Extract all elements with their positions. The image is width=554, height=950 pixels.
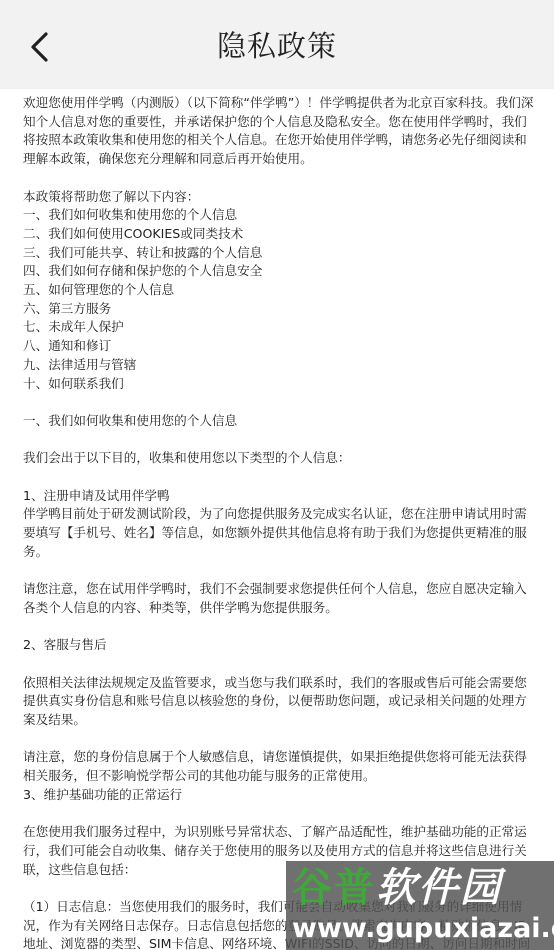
section-lead: 我们会出于以下目的，收集和使用您以下类型的个人信息： <box>23 449 535 468</box>
toc-item: 一、我们如何收集和使用您的个人信息 <box>23 206 535 225</box>
toc-heading: 本政策将帮助您了解以下内容： <box>23 188 535 207</box>
toc-item: 六、第三方服务 <box>23 300 535 319</box>
section-title: 一、我们如何收集和使用您的个人信息 <box>23 412 535 431</box>
item-body: 依照相关法律法规规定及监管要求，或当您与我们联系时，我们的客服或售后可能会需要您… <box>23 674 535 730</box>
watermark-brand-green: 谷普 <box>292 865 376 911</box>
intro-paragraph: 欢迎您使用伴学鸭（内测版）（以下简称“伴学鸭”）！伴学鸭提供者为北京百家科技。我… <box>23 94 535 169</box>
toc-item: 七、未成年人保护 <box>23 318 535 337</box>
item-title: 3、维护基础功能的正常运行 <box>23 786 535 805</box>
item-title: 2、客服与售后 <box>23 636 535 655</box>
watermark-url: www.gupuxiazai.com <box>292 913 554 945</box>
app-header: 隐私政策 <box>0 0 554 89</box>
watermark-brand-white: 软件园 <box>376 865 502 911</box>
item-note: 请您注意，您在试用伴学鸭时，我们不会强制要求您提供任何个人信息，您应自愿决定输入… <box>23 580 535 617</box>
toc-item: 九、法律适用与管辖 <box>23 356 535 375</box>
toc-item: 三、我们可能共享、转让和披露的个人信息 <box>23 244 535 263</box>
page-title: 隐私政策 <box>0 26 554 66</box>
item-body: 伴学鸭目前处于研发测试阶段，为了向您提供服务及完成实名认证，您在注册申请试用时需… <box>23 505 535 561</box>
toc-item: 二、我们如何使用COOKIES或同类技术 <box>23 225 535 244</box>
item-title: 1、注册申请及试用伴学鸭 <box>23 487 535 506</box>
toc-item: 四、我们如何存储和保护您的个人信息安全 <box>23 262 535 281</box>
toc-item: 八、通知和修订 <box>23 337 535 356</box>
toc-item: 五、如何管理您的个人信息 <box>23 281 535 300</box>
policy-content: 欢迎您使用伴学鸭（内测版）（以下简称“伴学鸭”）！伴学鸭提供者为北京百家科技。我… <box>23 94 535 950</box>
toc-item: 十、如何联系我们 <box>23 375 535 394</box>
watermark-overlay: 谷普软件园 www.gupuxiazai.com <box>286 861 554 950</box>
item-note: 请注意，您的身份信息属于个人敏感信息，请您谨慎提供，如果拒绝提供您将可能无法获得… <box>23 748 535 785</box>
watermark-brand: 谷普软件园 <box>292 865 502 911</box>
